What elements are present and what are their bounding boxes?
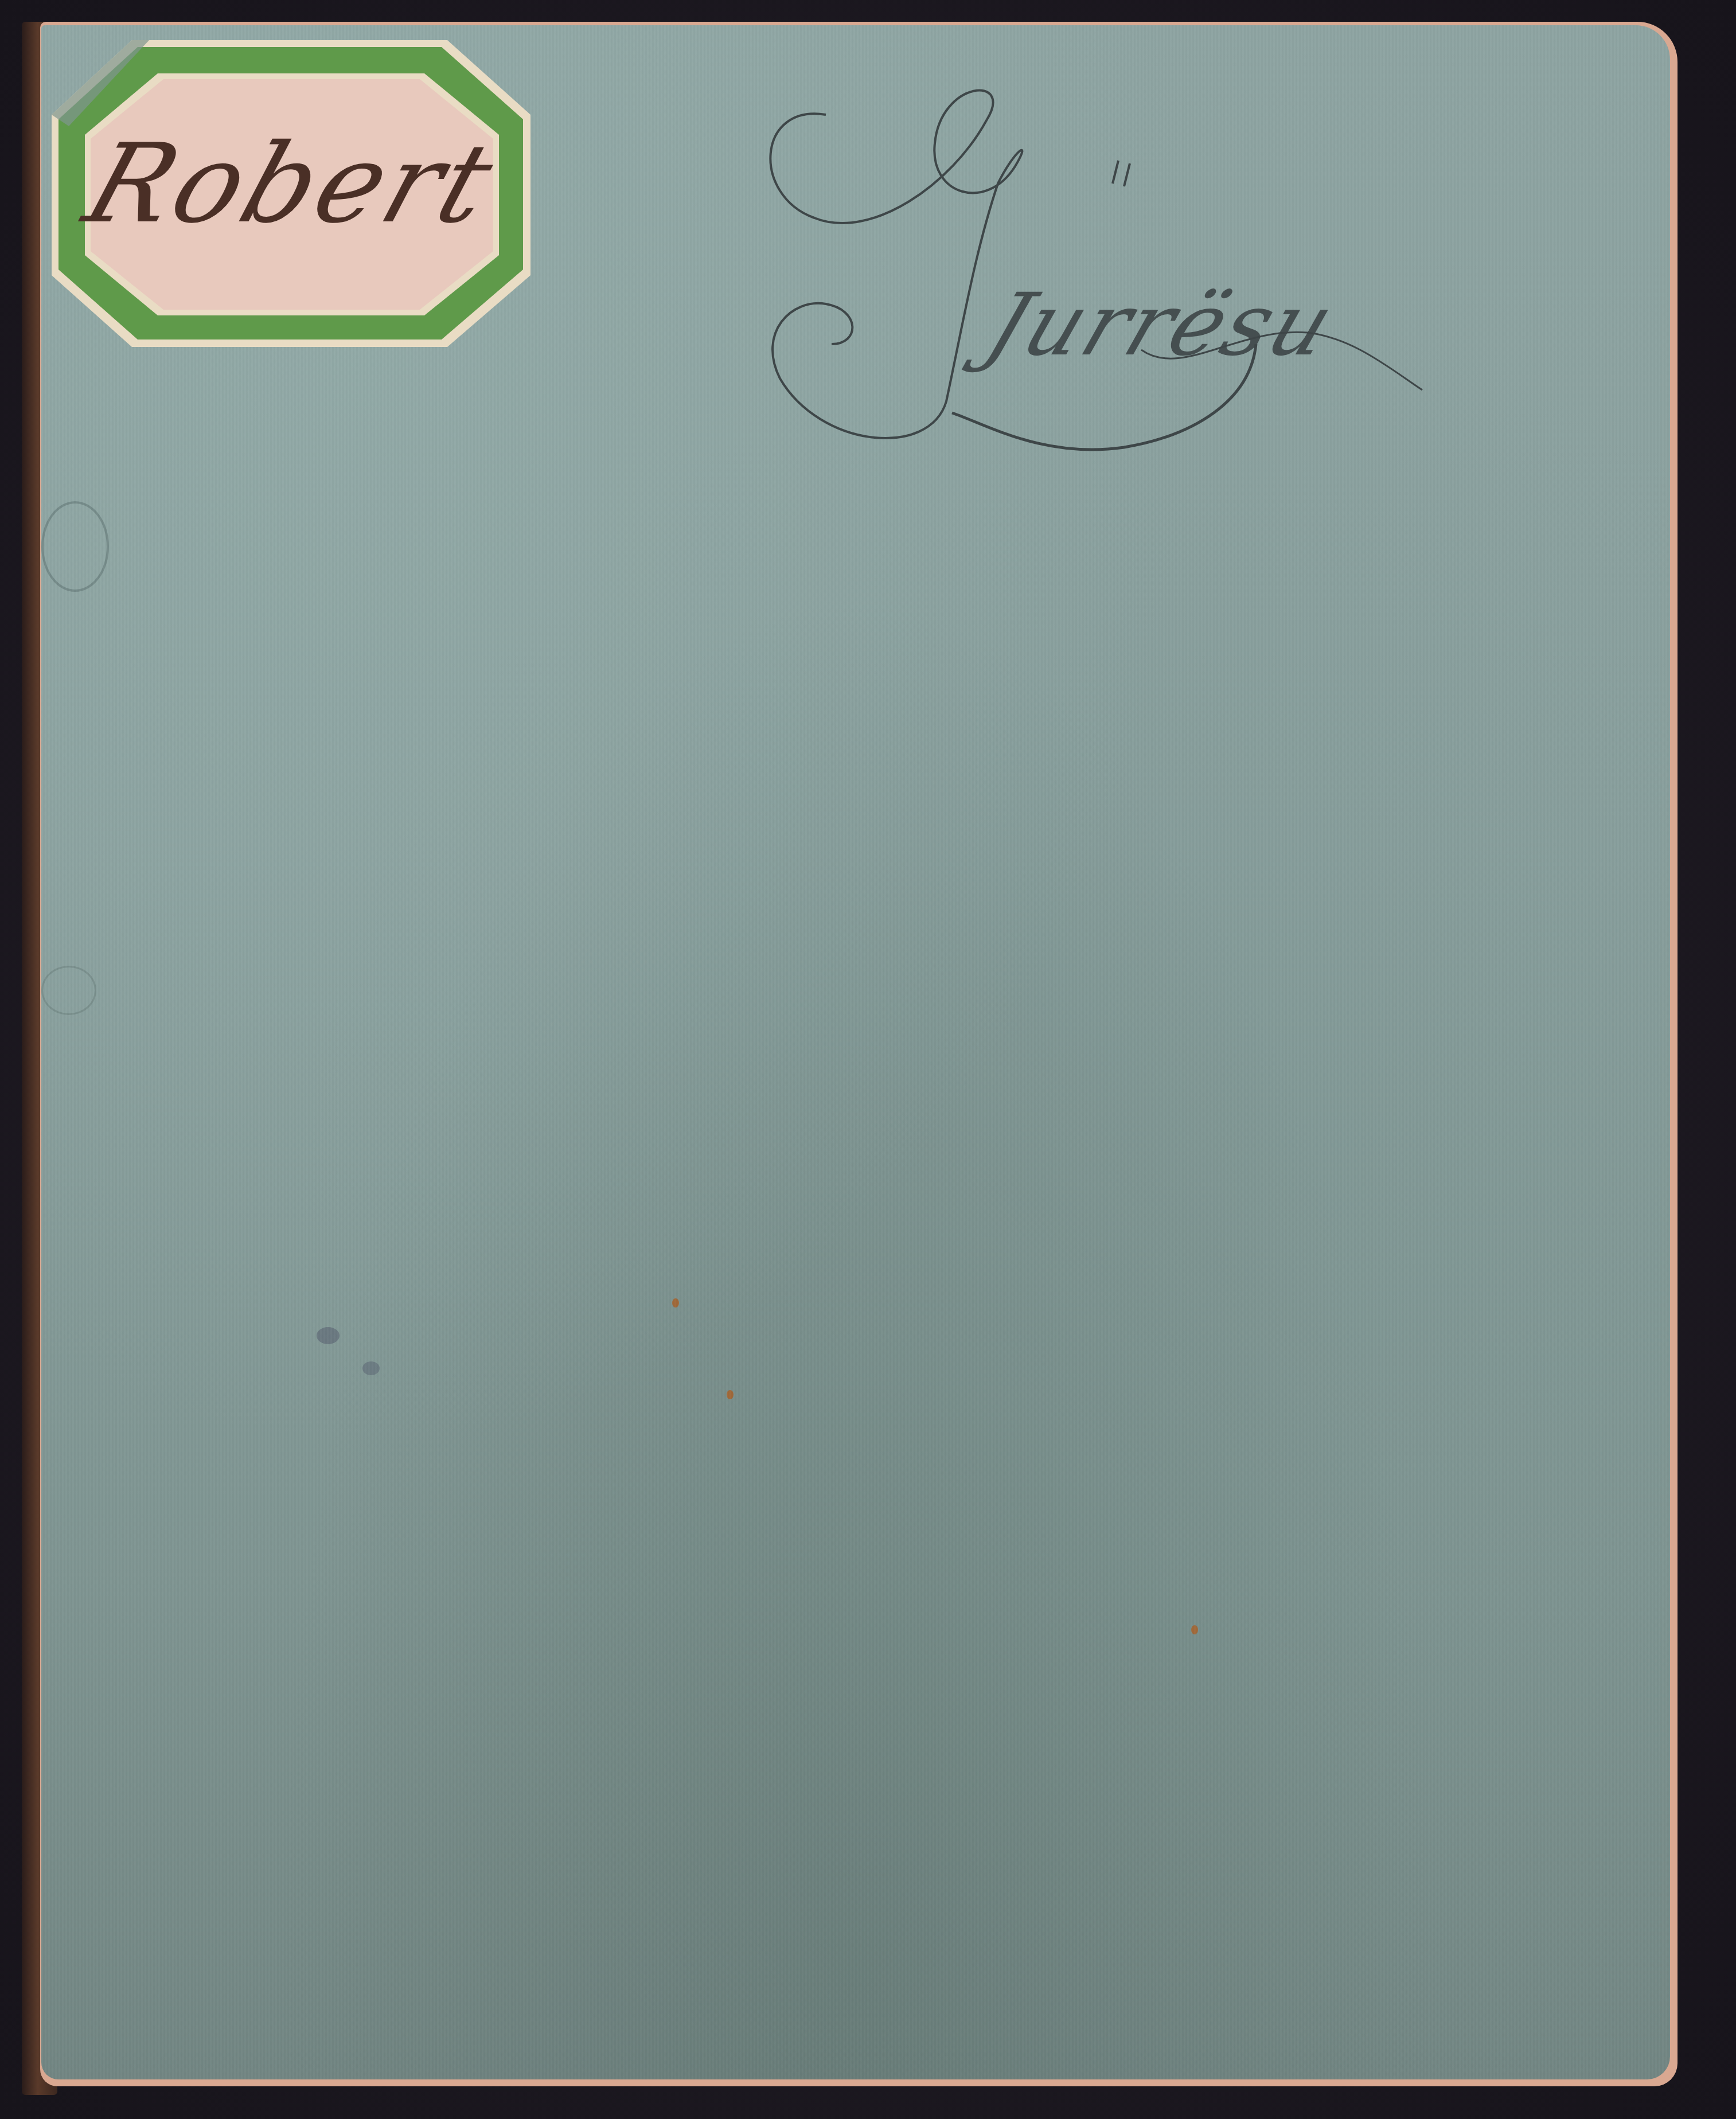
rust-spot (672, 1298, 679, 1308)
title-text: Jurrësu (974, 275, 1349, 375)
water-stain (41, 966, 96, 1015)
name-label: Robert (46, 34, 536, 353)
ink-smudge (362, 1361, 380, 1375)
rust-spot (727, 1390, 734, 1399)
handwritten-title: Jurrësu (746, 80, 1434, 482)
water-stain (41, 501, 109, 592)
label-name-text: Robert (25, 120, 557, 247)
ink-smudge (317, 1327, 340, 1344)
rust-spot (1191, 1625, 1198, 1634)
